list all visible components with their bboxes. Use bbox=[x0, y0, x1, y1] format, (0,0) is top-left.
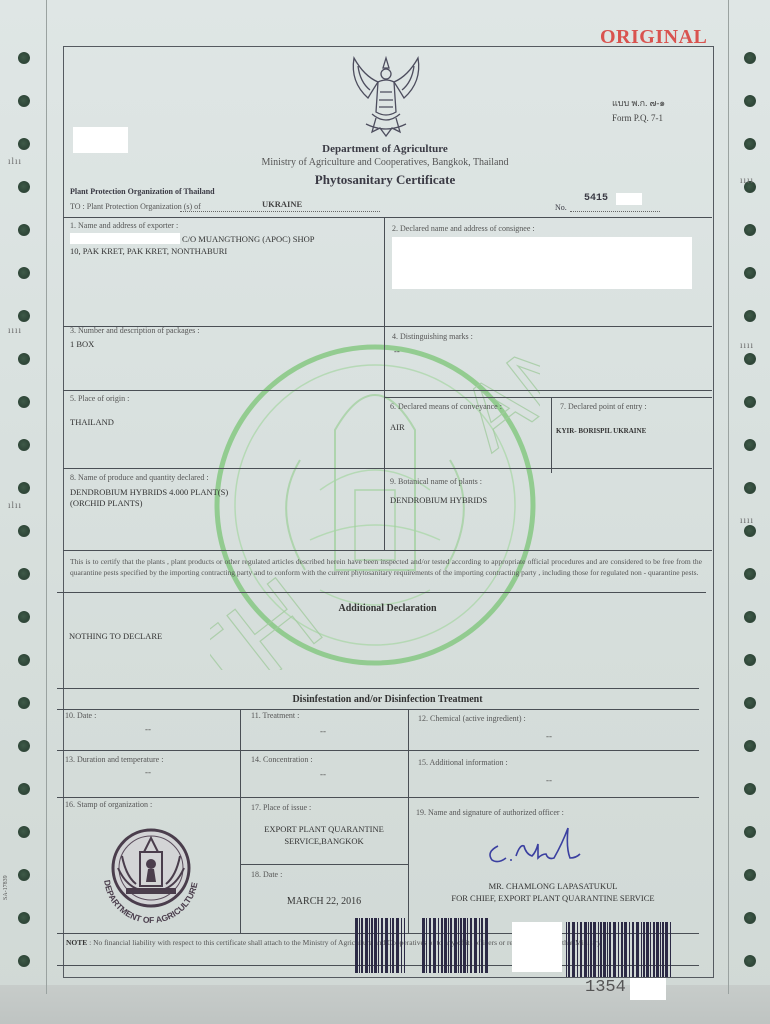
feed-hole bbox=[18, 955, 30, 967]
feed-hole bbox=[18, 697, 30, 709]
redacted-consignee bbox=[392, 237, 692, 289]
feed-hole bbox=[744, 869, 756, 881]
origin-value: THAILAND bbox=[70, 416, 114, 428]
feed-hole bbox=[18, 740, 30, 752]
feed-hole bbox=[744, 912, 756, 924]
duration-label: 13. Duration and temperature : bbox=[65, 755, 163, 764]
exporter-label: 1. Name and address of exporter : bbox=[70, 221, 178, 230]
grid-line bbox=[384, 397, 712, 398]
treatment-date-value: -- bbox=[145, 724, 151, 734]
feed-hole bbox=[744, 611, 756, 623]
conveyance-value: AIR bbox=[390, 421, 405, 433]
treatment-type-label: 11. Treatment : bbox=[251, 711, 299, 720]
feed-hole bbox=[18, 654, 30, 666]
feed-hole bbox=[744, 654, 756, 666]
feed-hole bbox=[18, 611, 30, 623]
feed-hole bbox=[744, 52, 756, 64]
origin-label: 5. Place of origin : bbox=[70, 394, 129, 403]
feed-hole bbox=[744, 955, 756, 967]
produce-line2: (ORCHID PLANTS) bbox=[70, 497, 143, 509]
grid-line bbox=[240, 864, 408, 865]
feed-hole bbox=[744, 267, 756, 279]
marks-value: -- bbox=[394, 345, 400, 357]
redacted-box bbox=[616, 193, 642, 205]
feed-hole bbox=[18, 439, 30, 451]
certificate-title: Phytosanitary Certificate bbox=[0, 172, 770, 188]
packages-label: 3. Number and description of packages : bbox=[70, 326, 200, 335]
feed-hole bbox=[744, 224, 756, 236]
feed-hole bbox=[744, 396, 756, 408]
tick-marks: ıııı bbox=[740, 340, 754, 350]
certificate-number: 5415 bbox=[584, 193, 608, 204]
feed-hole bbox=[18, 52, 30, 64]
certification-statement: This is to certify that the plants , pla… bbox=[70, 556, 702, 578]
garuda-emblem-icon bbox=[346, 52, 426, 140]
redacted-box bbox=[512, 922, 562, 972]
concentration-value: -- bbox=[320, 769, 326, 779]
ministry-name: Ministry of Agriculture and Cooperatives… bbox=[0, 157, 770, 168]
tick-marks: ıııı bbox=[8, 325, 22, 335]
duration-value: -- bbox=[145, 767, 151, 777]
officer-label: 19. Name and signature of authorized off… bbox=[416, 808, 564, 817]
grid-line bbox=[63, 468, 712, 469]
feed-hole bbox=[18, 95, 30, 107]
produce-label: 8. Name of produce and quantity declared… bbox=[70, 473, 209, 482]
grid-line bbox=[57, 797, 699, 798]
place-of-issue-label: 17. Place of issue : bbox=[251, 803, 311, 812]
additional-declaration-value: NOTHING TO DECLARE bbox=[69, 630, 162, 642]
feed-hole bbox=[744, 525, 756, 537]
marks-label: 4. Distinguishing marks : bbox=[392, 332, 473, 341]
officer-title: FOR CHIEF, EXPORT PLANT QUARANTINE SERVI… bbox=[408, 892, 698, 904]
feed-hole bbox=[744, 783, 756, 795]
packages-value: 1 BOX bbox=[70, 338, 94, 350]
feed-hole bbox=[744, 740, 756, 752]
side-form-code: SA-17839 bbox=[3, 875, 9, 900]
grid-line bbox=[63, 217, 712, 218]
treatment-date-label: 10. Date : bbox=[65, 711, 96, 720]
grid-line bbox=[384, 217, 385, 472]
to-label: TO : Plant Protection Organization (s) o… bbox=[70, 202, 201, 211]
consignee-label: 2. Declared name and address of consigne… bbox=[392, 224, 535, 233]
feed-hole bbox=[18, 826, 30, 838]
exporter-line1: C/O MUANGTHONG (APOC) SHOP bbox=[182, 233, 314, 245]
feed-hole bbox=[744, 95, 756, 107]
department-seal-icon: DEPARTMENT OF AGRICULTURE bbox=[96, 826, 206, 930]
barcode-3 bbox=[566, 922, 672, 977]
place-of-issue-line1: EXPORT PLANT QUARANTINE bbox=[240, 823, 408, 835]
issuing-organization: Plant Protection Organization of Thailan… bbox=[70, 187, 215, 196]
treatment-title: Disinfestation and/or Disinfection Treat… bbox=[63, 694, 712, 705]
feed-hole bbox=[744, 353, 756, 365]
botanical-value: DENDROBIUM HYBRIDS bbox=[390, 494, 487, 506]
feed-hole bbox=[18, 869, 30, 881]
note-label: NOTE bbox=[66, 938, 87, 947]
feed-hole bbox=[18, 783, 30, 795]
grid-line bbox=[57, 750, 699, 751]
additional-info-label: 15. Additional information : bbox=[418, 758, 508, 767]
feed-hole bbox=[18, 267, 30, 279]
feed-hole bbox=[744, 568, 756, 580]
feed-hole bbox=[18, 353, 30, 365]
feed-hole bbox=[18, 568, 30, 580]
redacted-box bbox=[630, 978, 666, 1000]
entry-label: 7. Declared point of entry : bbox=[560, 402, 647, 411]
feed-hole bbox=[18, 224, 30, 236]
issue-date-value: MARCH 22, 2016 bbox=[240, 896, 408, 908]
form-code: แบบ พ.ก. ๗-๑ Form P.Q. 7-1 bbox=[612, 96, 665, 126]
grid-line bbox=[57, 709, 699, 710]
treatment-type-value: -- bbox=[320, 726, 326, 736]
grid-line bbox=[63, 390, 712, 391]
feed-hole bbox=[18, 310, 30, 322]
feed-hole bbox=[744, 310, 756, 322]
number-dotted-line bbox=[570, 211, 660, 212]
barcode-1 bbox=[355, 918, 405, 973]
form-code-english: Form P.Q. 7-1 bbox=[612, 111, 665, 126]
grid-line bbox=[551, 397, 552, 473]
redacted-box bbox=[70, 233, 180, 244]
officer-name: MR. CHAMLONG LAPASATUKUL bbox=[408, 880, 698, 892]
conveyance-label: 6. Declared means of conveyance : bbox=[390, 402, 502, 411]
department-name: Department of Agriculture bbox=[0, 143, 770, 155]
exporter-line2: 10, PAK KRET, PAK KRET, NONTHABURI bbox=[70, 245, 227, 257]
issue-date-label: 18. Date : bbox=[251, 870, 282, 879]
serial-number: 1354 bbox=[585, 978, 626, 997]
grid-line bbox=[57, 592, 706, 593]
to-dotted-line bbox=[180, 211, 380, 212]
tick-marks: ıııı bbox=[740, 515, 754, 525]
feed-hole bbox=[18, 482, 30, 494]
feed-hole bbox=[744, 697, 756, 709]
feed-hole bbox=[744, 439, 756, 451]
officer-signature bbox=[484, 824, 594, 872]
botanical-label: 9. Botanical name of plants : bbox=[390, 477, 482, 486]
additional-declaration-title: Additional Declaration bbox=[63, 603, 712, 614]
chemical-value: -- bbox=[546, 731, 552, 741]
feed-hole bbox=[744, 482, 756, 494]
to-value: UKRAINE bbox=[262, 199, 302, 209]
additional-info-value: -- bbox=[546, 775, 552, 785]
entry-value: KYIR- BORISPIL UKRAINE bbox=[556, 425, 646, 437]
form-code-thai: แบบ พ.ก. ๗-๑ bbox=[612, 96, 665, 111]
certificate-number-label: No. bbox=[555, 203, 567, 212]
feed-hole bbox=[18, 396, 30, 408]
barcode-2 bbox=[422, 918, 490, 973]
place-of-issue-line2: SERVICE,BANGKOK bbox=[240, 835, 408, 847]
feed-hole bbox=[18, 525, 30, 537]
feed-hole bbox=[744, 826, 756, 838]
stamp-label: 16. Stamp of organization : bbox=[65, 800, 152, 809]
tick-marks: ılıı bbox=[8, 500, 22, 510]
grid-line bbox=[384, 468, 385, 550]
feed-hole bbox=[18, 912, 30, 924]
concentration-label: 14. Concentration : bbox=[251, 755, 313, 764]
chemical-label: 12. Chemical (active ingredient) : bbox=[418, 714, 526, 723]
grid-line bbox=[63, 550, 712, 551]
grid-line bbox=[57, 688, 699, 689]
